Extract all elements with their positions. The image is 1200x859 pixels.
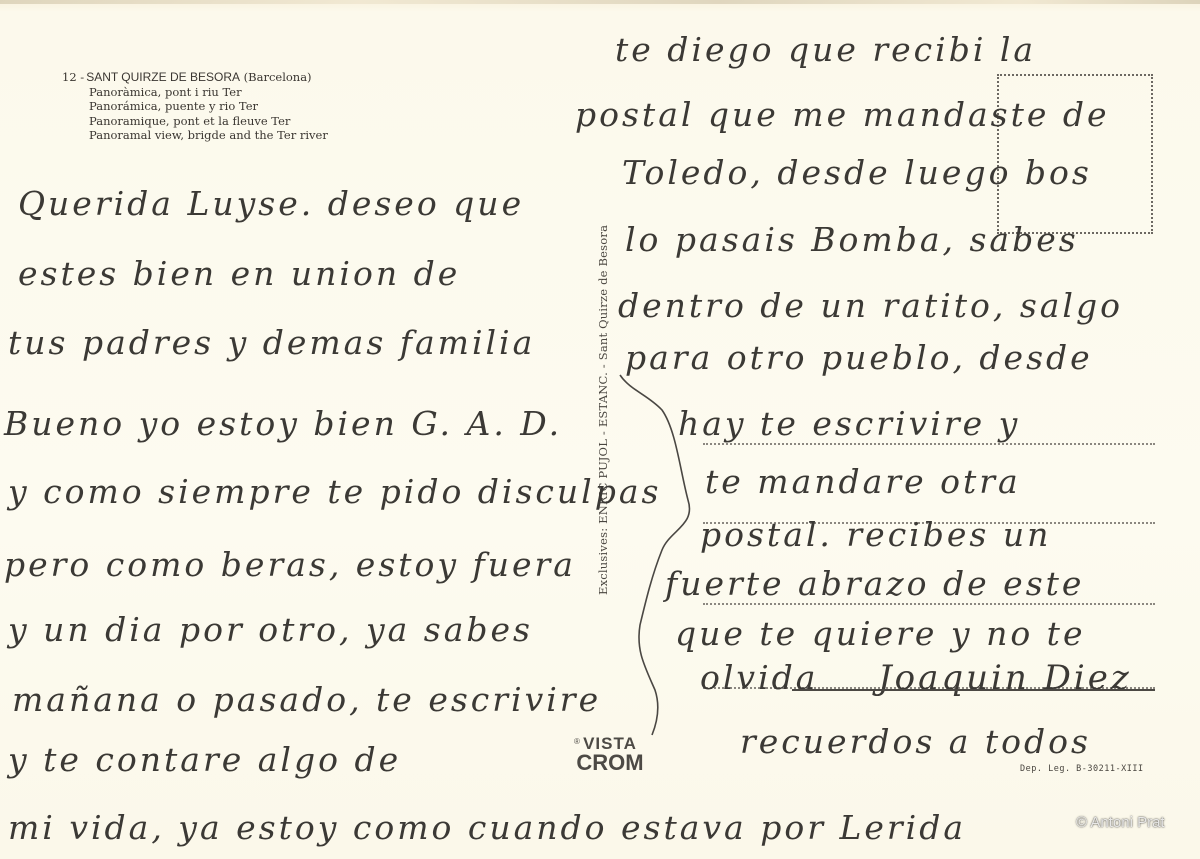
handwritten-line: te diego que recibi la — [615, 30, 1036, 69]
handwritten-line: y como siempre te pido disculpas — [8, 472, 661, 511]
handwritten-line: para otro pueblo, desde — [625, 338, 1093, 377]
handwritten-line: lo pasais Bomba, sabes — [625, 220, 1079, 259]
handwritten-line: estes bien en union de — [18, 254, 460, 293]
handwritten-line: recuerdos a todos — [740, 722, 1091, 761]
handwritten-line: y un dia por otro, ya sabes — [8, 610, 533, 649]
handwritten-line: olvida — [700, 658, 818, 697]
handwritten-line: te mandare otra — [705, 462, 1021, 501]
postcard-back: 12 -SANT QUIRZE DE BESORA (Barcelona) Pa… — [0, 0, 1200, 859]
printed-caption: 12 -SANT QUIRZE DE BESORA (Barcelona) Pa… — [62, 70, 328, 143]
handwritten-line: y te contare algo de — [8, 740, 401, 779]
handwritten-line: Querida Luyse. deseo que — [18, 184, 524, 223]
handwritten-line: fuerte abrazo de este — [665, 564, 1084, 603]
caption-line-french: Panoramique, pont et la fleuve Ter — [62, 114, 328, 129]
signature: Joaquin Diez — [878, 658, 1132, 698]
vistacrom-logo: ® VISTA CROM — [570, 734, 650, 772]
address-line — [703, 603, 1155, 605]
caption-title: 12 -SANT QUIRZE DE BESORA (Barcelona) — [62, 70, 328, 85]
handwritten-line: mañana o pasado, te escrivire — [12, 680, 601, 719]
caption-region: (Barcelona) — [244, 70, 312, 84]
registered-mark: ® — [574, 732, 580, 751]
handwritten-line: Toledo, desde luego bos — [622, 153, 1092, 192]
handwritten-line: dentro de un ratito, salgo — [618, 286, 1123, 325]
brand-line2: CROM — [570, 753, 650, 772]
handwritten-line: que te quiere y no te — [675, 614, 1085, 653]
caption-line-catalan: Panoràmica, pont i riu Ter — [62, 85, 328, 100]
handwritten-line: Bueno yo estoy bien G. A. D. — [4, 404, 562, 443]
copyright-watermark: © Antoni Prat — [1076, 814, 1165, 831]
caption-line-spanish: Panorámica, puente y rio Ter — [62, 99, 328, 114]
handwritten-line: pero como beras, estoy fuera — [4, 545, 576, 584]
signature-underline — [792, 689, 1155, 691]
handwritten-line: tus padres y demas familia — [8, 323, 535, 362]
handwritten-line: postal. recibes un — [700, 515, 1051, 554]
caption-line-english: Panoramal view, brigde and the Ter river — [62, 128, 328, 143]
caption-number: 12 - — [62, 70, 84, 84]
handwritten-line: hay te escrivire y — [678, 404, 1020, 443]
address-line — [703, 443, 1155, 445]
handwritten-line: mi vida, ya estoy como cuando estava por… — [8, 808, 966, 847]
handwritten-line: postal que me mandaste de — [575, 95, 1110, 134]
caption-place: SANT QUIRZE DE BESORA — [86, 70, 240, 84]
card-top-edge — [0, 0, 1200, 4]
deposit-legal: Dep. Leg. B-30211-XIII — [1020, 764, 1144, 774]
